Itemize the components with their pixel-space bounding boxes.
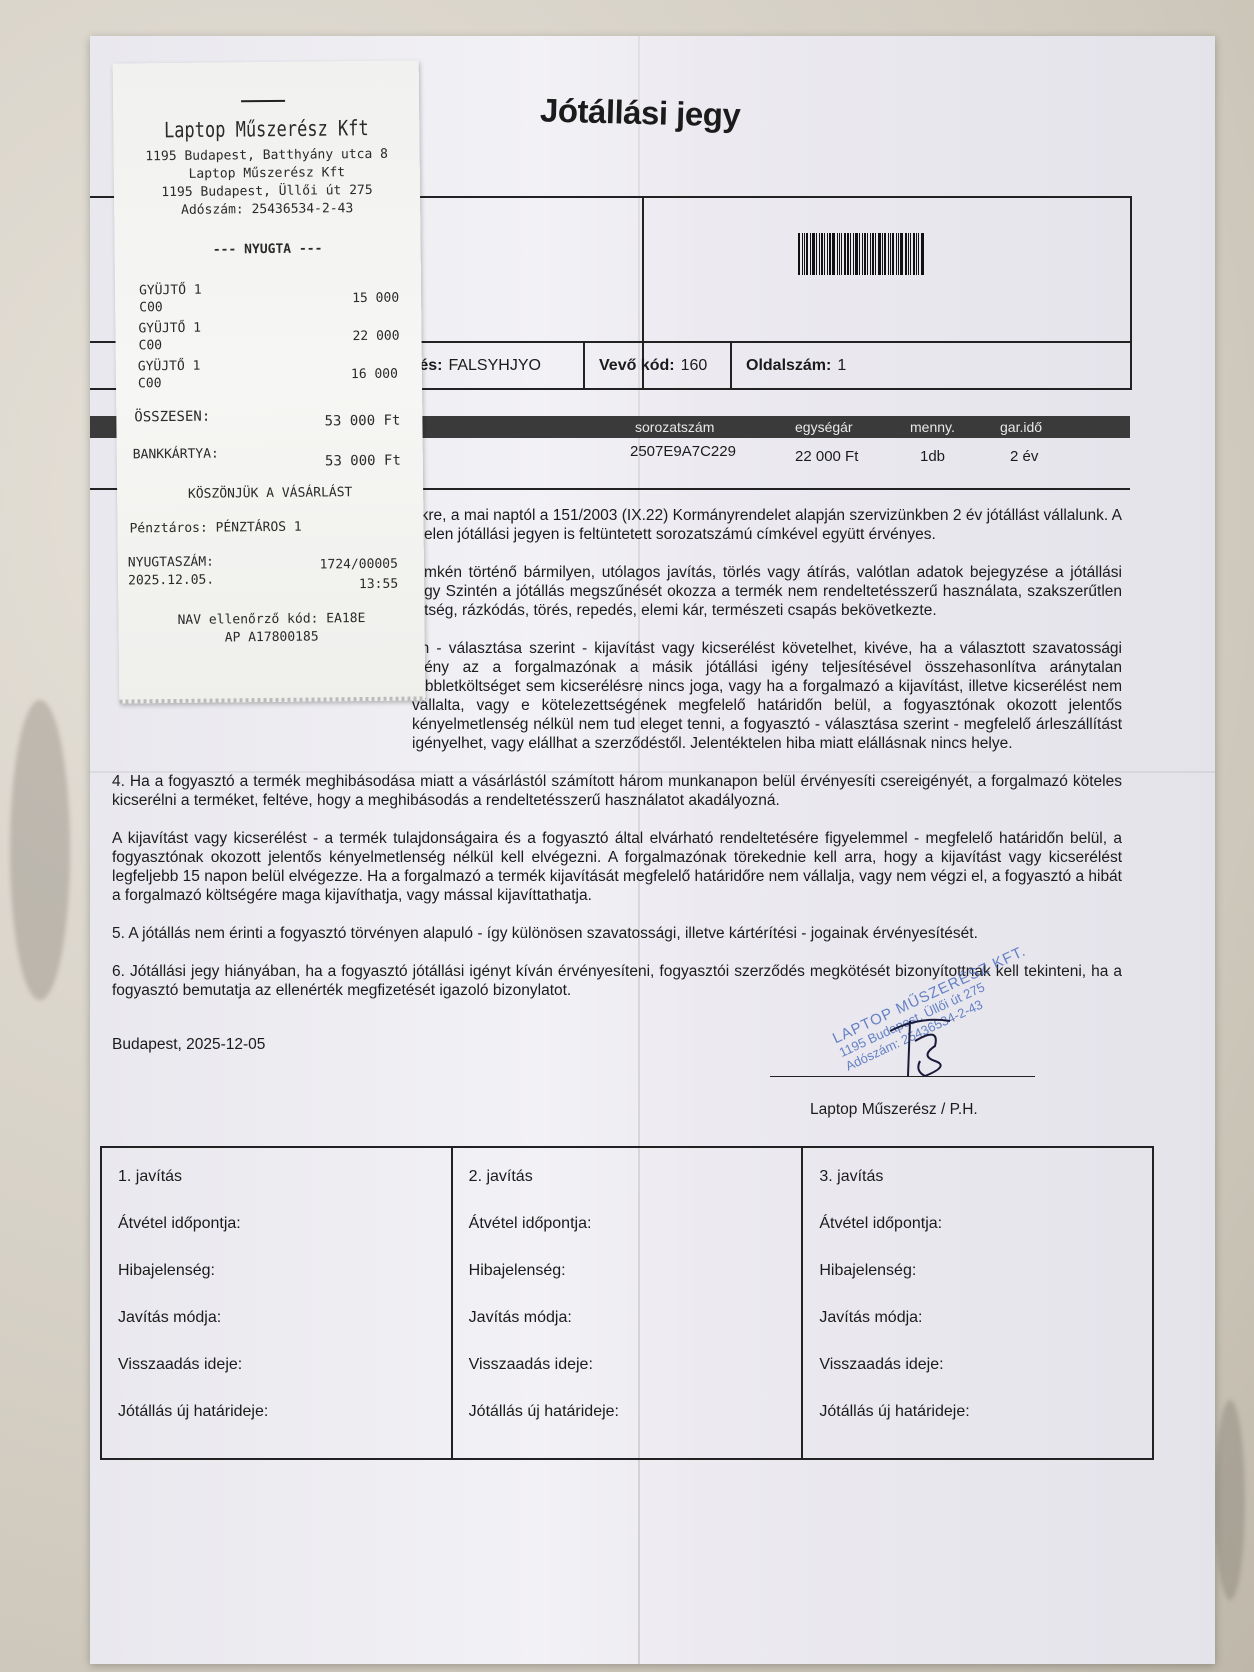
- marble-background-texture: [10, 700, 70, 1000]
- signature-icon: [880, 1011, 970, 1081]
- receipt-address: 1195 Budapest, Batthyány utca 8: [114, 146, 420, 164]
- receipt-item-amount: 22 000: [352, 329, 399, 344]
- receipt-item-amount: 16 000: [351, 367, 398, 382]
- warranty-period: 2 év: [1010, 448, 1038, 465]
- receipt-top-mark: [241, 100, 285, 102]
- receipt-ap-code: AP A17800185: [119, 628, 425, 646]
- receipt-number: 1724/00005: [320, 557, 398, 573]
- receipt-tax-id: Adószám: 25436534-2-43: [114, 200, 420, 218]
- receipt-heading: --- NYUGTA ---: [115, 240, 421, 258]
- receipt-time: 13:55: [359, 577, 398, 592]
- receipt-nav-code: NAV ellenőrző kód: EA18E: [118, 610, 424, 628]
- repair-field-label: Javítás módja:: [819, 1309, 1136, 1356]
- receipt-payment-label: BANKKÁRTYA:: [133, 447, 219, 463]
- repair-field-label: Átvétel időpontja:: [118, 1215, 435, 1262]
- receipt-total-label: ÖSSZESEN:: [134, 409, 210, 426]
- repair-column-3: 3. javítás Átvétel időpontja: Hibajelens…: [801, 1148, 1152, 1458]
- receipt-item-code: C00: [139, 338, 163, 353]
- receipt-number-label: NYUGTASZÁM:: [128, 555, 214, 571]
- quantity: 1db: [920, 448, 945, 465]
- repair-field-label: Átvétel időpontja:: [819, 1215, 1136, 1262]
- repair-field-label: Javítás módja:: [118, 1309, 435, 1356]
- column-header-serial: sorozatszám: [635, 419, 714, 435]
- page-number-value: 1: [837, 357, 846, 375]
- receipt-item-code: C00: [138, 376, 162, 391]
- receipt-total-value: 53 000 Ft: [324, 413, 400, 430]
- receipt-date: 2025.12.05.: [128, 573, 214, 589]
- barcode-icon: [798, 233, 953, 275]
- page-number-label: Oldalszám:: [746, 357, 831, 375]
- receipt-address-2: 1195 Budapest, Üllői út 275: [114, 182, 420, 200]
- receipt-cashier: Pénztáros: PÉNZTÁROS 1: [129, 520, 301, 537]
- repair-field-label: Hibajelenség:: [118, 1262, 435, 1309]
- repair-title: 2. javítás: [469, 1168, 786, 1215]
- repair-field-label: Javítás módja:: [469, 1309, 786, 1356]
- terms-paragraph: 4. Ha a fogyasztó a termék meghibásodása…: [112, 772, 1122, 810]
- repair-field-label: Jótállás új határideje:: [469, 1403, 786, 1450]
- repair-field-label: Hibajelenség:: [469, 1262, 786, 1309]
- customer-code-label: Vevő kód:: [599, 357, 675, 375]
- repair-field-label: Átvétel időpontja:: [469, 1215, 786, 1262]
- repair-title: 3. javítás: [819, 1168, 1136, 1215]
- repair-title: 1. javítás: [118, 1168, 435, 1215]
- order-value: FALSYHJYO: [448, 357, 540, 375]
- receipt-item-code: C00: [139, 300, 163, 315]
- receipt-item-amount: 15 000: [352, 291, 399, 306]
- page-number-cell: Oldalszám: 1: [730, 343, 1130, 388]
- column-header-warranty-period: gar.idő: [1000, 419, 1042, 435]
- repair-field-label: Hibajelenség:: [819, 1262, 1136, 1309]
- place-date: Budapest, 2025-12-05: [112, 1036, 265, 1054]
- repair-column-2: 2. javítás Átvétel időpontja: Hibajelens…: [451, 1148, 802, 1458]
- unit-price: 22 000 Ft: [795, 448, 858, 465]
- column-header-unit-price: egységár: [795, 419, 853, 435]
- repair-field-label: Visszaadás ideje:: [469, 1356, 786, 1403]
- terms-paragraph: A kijavítást vagy kicserélést - a termék…: [112, 829, 1122, 905]
- repair-field-label: Jótállás új határideje:: [118, 1403, 435, 1450]
- repair-field-label: Jótállás új határideje:: [819, 1403, 1136, 1450]
- cash-receipt: Laptop Műszerész Kft 1195 Budapest, Batt…: [113, 60, 426, 703]
- repair-field-label: Visszaadás ideje:: [819, 1356, 1136, 1403]
- column-header-quantity: menny.: [910, 419, 955, 435]
- signer-label: Laptop Műszerész / P.H.: [810, 1101, 978, 1119]
- marble-background-texture: [1215, 1400, 1245, 1600]
- receipt-item-name: GYÜJTŐ 1: [138, 359, 201, 375]
- repair-field-label: Visszaadás ideje:: [118, 1356, 435, 1403]
- document-title: Jótállási jegy: [540, 91, 741, 134]
- repair-log-grid: 1. javítás Átvétel időpontja: Hibajelens…: [100, 1146, 1154, 1460]
- receipt-item-name: GYÜJTŐ 1: [138, 321, 201, 337]
- receipt-item-name: GYÜJTŐ 1: [139, 283, 202, 299]
- customer-code-cell: Vevő kód: 160: [583, 343, 730, 388]
- signature-line: [770, 1076, 1035, 1077]
- serial-number: 2507E9A7C229: [630, 443, 736, 460]
- customer-code-value: 160: [681, 357, 708, 375]
- terms-paragraph: 5. A jótállás nem érinti a fogyasztó tör…: [112, 924, 1122, 943]
- receipt-company-name-2: Laptop Műszerész Kft: [114, 164, 420, 182]
- receipt-payment-value: 53 000 Ft: [325, 453, 401, 470]
- receipt-thanks: KÖSZÖNJÜK A VÁSÁRLÁST: [117, 484, 423, 502]
- receipt-company-name: Laptop Műszerész Kft: [113, 116, 419, 144]
- repair-column-1: 1. javítás Átvétel időpontja: Hibajelens…: [102, 1148, 451, 1458]
